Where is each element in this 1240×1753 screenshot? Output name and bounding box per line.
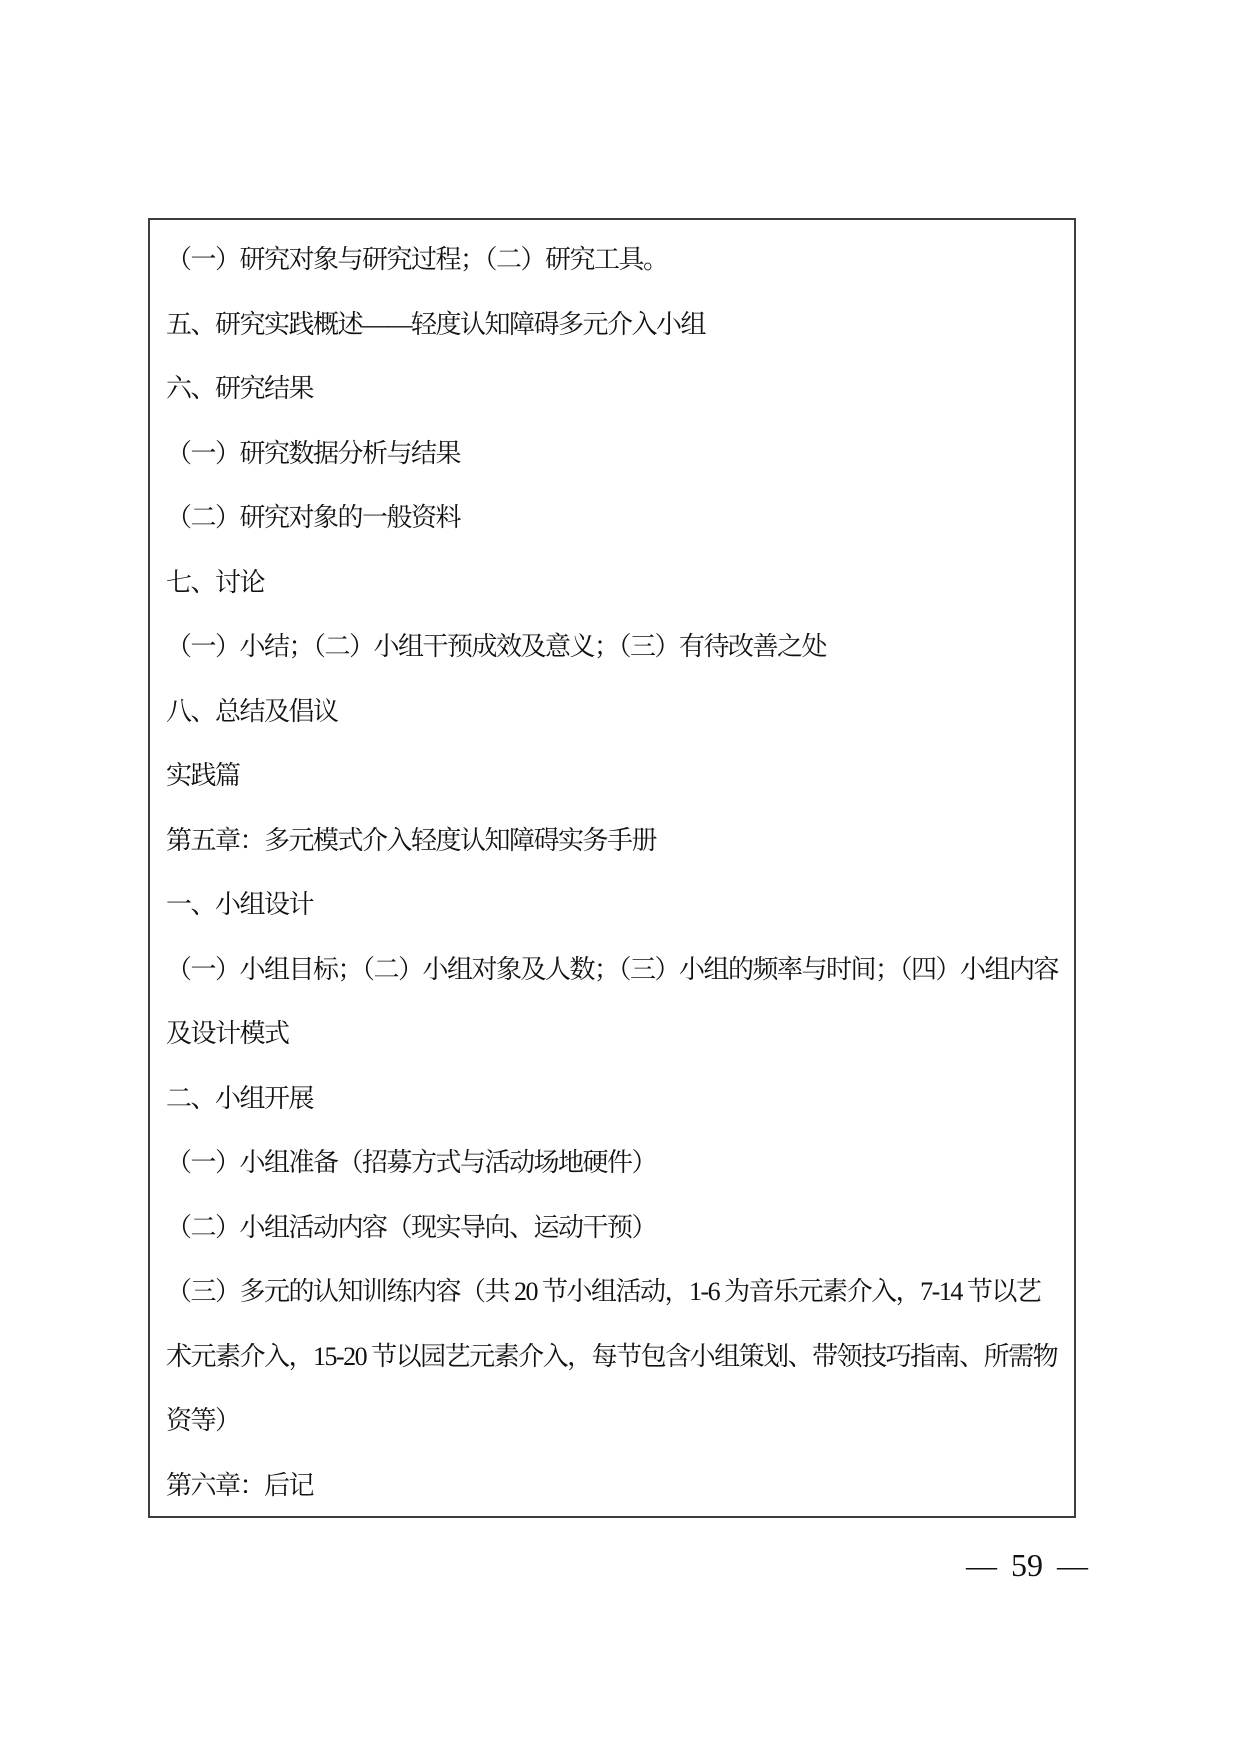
- toc-line: （三）多元的认知训练内容（共 20 节小组活动，1-6 为音乐元素介入，7-14…: [166, 1260, 1074, 1325]
- toc-line: 五、研究实践概述——轻度认知障碍多元介入小组: [166, 293, 1074, 358]
- toc-line: （一）小组目标；（二）小组对象及人数；（三）小组的频率与时间；（四）小组内容: [166, 938, 1074, 1003]
- footer-dash-right: —: [1057, 1550, 1088, 1581]
- toc-line: （一）小组准备（招募方式与活动场地硬件）: [166, 1131, 1074, 1196]
- footer-dash-left: —: [966, 1550, 997, 1581]
- toc-line: 七、讨论: [166, 551, 1074, 616]
- toc-line: 资等）: [166, 1389, 1074, 1454]
- toc-line: 六、研究结果: [166, 357, 1074, 422]
- toc-line: （一）研究对象与研究过程；（二）研究工具。: [166, 228, 1074, 293]
- toc-line: 一、小组设计: [166, 873, 1074, 938]
- toc-line: 术元素介入，15-20 节以园艺元素介入，每节包含小组策划、带领技巧指南、所需物: [166, 1325, 1074, 1390]
- toc-line: （二）研究对象的一般资料: [166, 486, 1074, 551]
- toc-line: 第六章：后记: [166, 1454, 1074, 1519]
- page-number: 59: [1011, 1549, 1043, 1581]
- toc-line: （二）小组活动内容（现实导向、运动干预）: [166, 1196, 1074, 1261]
- toc-line: 第五章：多元模式介入轻度认知障碍实务手册: [166, 809, 1074, 874]
- page-number-footer: — 59 —: [966, 1549, 1088, 1581]
- toc-line: （一）小结；（二）小组干预成效及意义；（三）有待改善之处: [166, 615, 1074, 680]
- toc-line: 八、总结及倡议: [166, 680, 1074, 745]
- toc-line: 二、小组开展: [166, 1067, 1074, 1132]
- toc-table-cell: （一）研究对象与研究过程；（二）研究工具。 五、研究实践概述——轻度认知障碍多元…: [148, 218, 1076, 1518]
- toc-line: 及设计模式: [166, 1002, 1074, 1067]
- toc-line: 实践篇: [166, 744, 1074, 809]
- toc-line: （一）研究数据分析与结果: [166, 422, 1074, 487]
- document-page: { "content": { "lines": [ "（一）研究对象与研究过程；…: [0, 0, 1240, 1753]
